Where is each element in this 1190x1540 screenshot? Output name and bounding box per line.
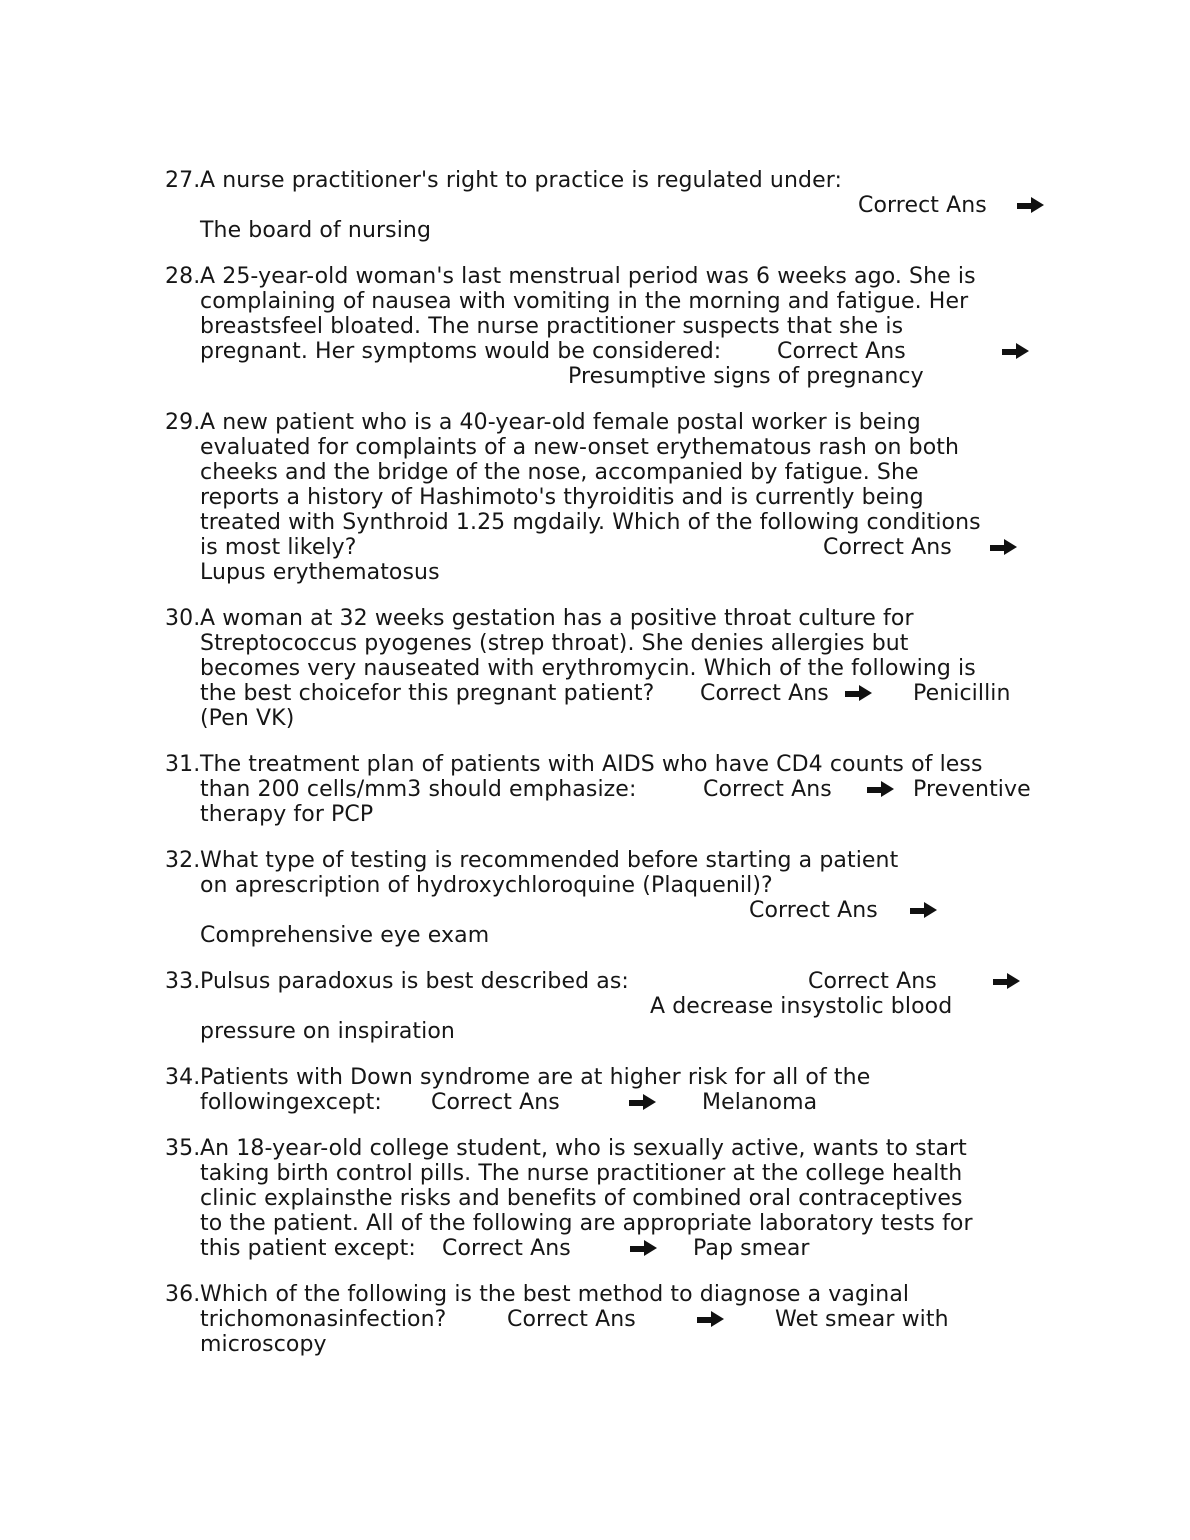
question-item: 27.A nurse practitioner's right to pract… [200,168,1060,243]
correct-answer-arrow-icon [845,681,872,706]
question-number: 28. [165,264,200,289]
question-item: 29.A new patient who is a 40-year-old fe… [200,410,1060,585]
question-text-line: evaluated for complaints of a new-onset … [200,435,959,460]
correct-answer-arrow-icon [993,969,1020,994]
answer-text: A decrease insystolic blood [650,994,952,1019]
question-item: 32.What type of testing is recommended b… [200,848,1060,948]
answer-text: therapy for PCP [200,802,373,827]
correct-answer-arrow-icon [629,1090,656,1115]
question-text-line: reports a history of Hashimoto's thyroid… [200,485,924,510]
correct-ans-label: Correct Ans [777,339,906,364]
question-text-line: than 200 cells/mm3 should emphasize: [200,777,636,802]
question-text-line: cheeks and the bridge of the nose, accom… [200,460,919,485]
correct-answer-arrow-icon [990,535,1017,560]
answer-text: The board of nursing [200,218,431,243]
question-text-line: to the patient. All of the following are… [200,1211,973,1236]
question-item: 35.An 18-year-old college student, who i… [200,1136,1060,1261]
question-text-line: A woman at 32 weeks gestation has a posi… [200,606,914,631]
correct-ans-label: Correct Ans [431,1090,560,1115]
question-number: 34. [165,1065,200,1090]
answer-text: Comprehensive eye exam [200,923,489,948]
question-text-line: breastsfeel bloated. The nurse practitio… [200,314,903,339]
correct-ans-label: Correct Ans [703,777,832,802]
question-text-line: A nurse practitioner's right to practice… [200,168,842,193]
question-number: 35. [165,1136,200,1161]
question-text-line: taking birth control pills. The nurse pr… [200,1161,962,1186]
answer-text: Presumptive signs of pregnancy [568,364,924,389]
question-text-line: Streptococcus pyogenes (strep throat). S… [200,631,909,656]
question-item: 34.Patients with Down syndrome are at hi… [200,1065,1060,1115]
correct-ans-label: Correct Ans [507,1307,636,1332]
correct-answer-arrow-icon [697,1307,724,1332]
question-item: 28.A 25-year-old woman's last menstrual … [200,264,1060,389]
question-text-line: A new patient who is a 40-year-old femal… [200,410,921,435]
correct-answer-arrow-icon [630,1236,657,1261]
answer-text: pressure on inspiration [200,1019,455,1044]
correct-ans-label: Correct Ans [808,969,937,994]
correct-ans-label: Correct Ans [823,535,952,560]
question-text-line: Patients with Down syndrome are at highe… [200,1065,870,1090]
question-text-line: The treatment plan of patients with AIDS… [200,752,983,777]
answer-text: Wet smear with [775,1307,949,1332]
correct-ans-label: Correct Ans [858,193,987,218]
question-number: 33. [165,969,200,994]
question-text-line: A 25-year-old woman's last menstrual per… [200,264,976,289]
question-text-line: becomes very nauseated with erythromycin… [200,656,976,681]
answer-text: Penicillin [913,681,1011,706]
question-item: 30.A woman at 32 weeks gestation has a p… [200,606,1060,731]
answer-text: microscopy [200,1332,327,1357]
question-item: 31.The treatment plan of patients with A… [200,752,1060,827]
question-text-line: this patient except: [200,1236,416,1261]
question-text-line: followingexcept: [200,1090,382,1115]
question-item: 36.Which of the following is the best me… [200,1282,1060,1357]
question-number: 32. [165,848,200,873]
question-item: 33.Pulsus paradoxus is best described as… [200,969,1060,1044]
correct-ans-label: Correct Ans [700,681,829,706]
document-page: 27.A nurse practitioner's right to pract… [0,0,1190,1540]
question-number: 36. [165,1282,200,1307]
correct-answer-arrow-icon [1017,193,1044,218]
question-text-line: treated with Synthroid 1.25 mgdaily. Whi… [200,510,981,535]
question-text-line: is most likely? [200,535,357,560]
question-text-line: on aprescription of hydroxychloroquine (… [200,873,773,898]
correct-ans-label: Correct Ans [749,898,878,923]
question-text-line: pregnant. Her symptoms would be consider… [200,339,721,364]
question-text-line: the best choicefor this pregnant patient… [200,681,654,706]
answer-text: Preventive [913,777,1031,802]
question-text-line: clinic explainsthe risks and benefits of… [200,1186,963,1211]
answer-text: Melanoma [702,1090,817,1115]
answer-text: Lupus erythematosus [200,560,440,585]
question-text-line: Which of the following is the best metho… [200,1282,909,1307]
question-text-line: Pulsus paradoxus is best described as: [200,969,629,994]
answer-text: Pap smear [693,1236,810,1261]
correct-answer-arrow-icon [867,777,894,802]
question-text-line: An 18-year-old college student, who is s… [200,1136,967,1161]
question-number: 27. [165,168,200,193]
question-text-line: complaining of nausea with vomiting in t… [200,289,968,314]
correct-answer-arrow-icon [910,898,937,923]
question-text-line: What type of testing is recommended befo… [200,848,898,873]
question-number: 29. [165,410,200,435]
question-text-line: trichomonasinfection? [200,1307,446,1332]
correct-answer-arrow-icon [1002,339,1029,364]
question-number: 31. [165,752,200,777]
question-number: 30. [165,606,200,631]
correct-ans-label: Correct Ans [442,1236,571,1261]
answer-text: (Pen VK) [200,706,294,731]
question-list: 27.A nurse practitioner's right to pract… [200,168,1060,1378]
